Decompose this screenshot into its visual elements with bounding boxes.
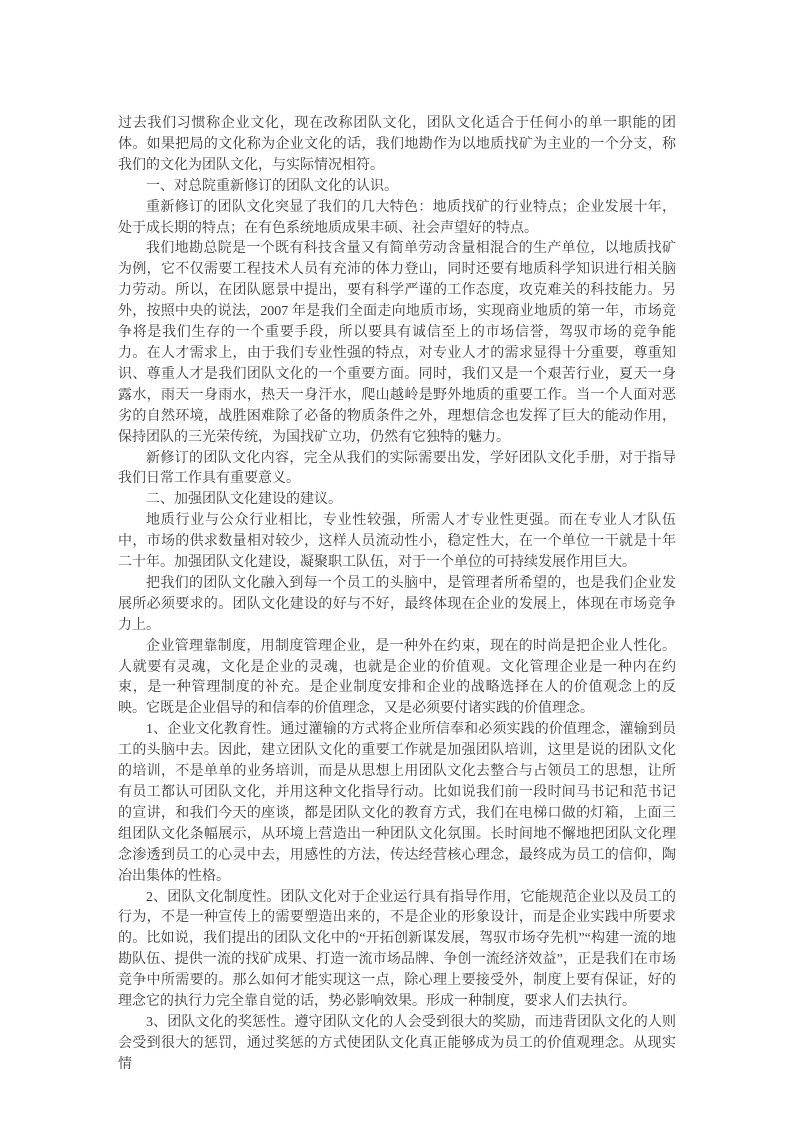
section-heading-2: 二、加强团队文化建设的建议。 <box>118 490 676 511</box>
paragraph: 地质行业与公众行业相比，专业性较强，所需人才专业性更强。而在专业人才队伍中，市场… <box>118 511 676 574</box>
document-page: 过去我们习惯称企业文化，现在改称团队文化，团队文化适合于任何小的单一职能的团体。… <box>0 0 793 1122</box>
paragraph-numbered-2: 2、团队文化制度性。团队文化对于企业运行具有指导作用，它能规范企业以及员工的行为… <box>118 888 676 1013</box>
paragraph-numbered-1: 1、企业文化教育性。通过灌输的方式将企业所信奉和必须实践的价值理念，灌输到员工的… <box>118 720 676 887</box>
document-text-block: 过去我们习惯称企业文化，现在改称团队文化，团队文化适合于任何小的单一职能的团体。… <box>118 114 676 1076</box>
paragraph: 企业管理靠制度，用制度管理企业，是一种外在约束，现在的时尚是把企业人性化。人就要… <box>118 637 676 721</box>
paragraph: 新修订的团队文化内容，完全从我们的实际需要出发，学好团队文化手册，对于指导我们日… <box>118 449 676 491</box>
paragraph-intro: 过去我们习惯称企业文化，现在改称团队文化，团队文化适合于任何小的单一职能的团体。… <box>118 114 676 177</box>
section-heading-1: 一、对总院重新修订的团队文化的认识。 <box>118 177 676 198</box>
paragraph: 我们地勘总院是一个既有科技含量又有简单劳动含量相混合的生产单位，以地质找矿为例，… <box>118 239 676 448</box>
paragraph: 重新修订的团队文化突显了我们的几大特色：地质找矿的行业特点；企业发展十年，处于成… <box>118 198 676 240</box>
paragraph: 把我们的团队文化融入到每一个员工的头脑中，是管理者所希望的，也是我们企业发展所必… <box>118 574 676 637</box>
paragraph-numbered-3: 3、团队文化的奖惩性。遵守团队文化的人会受到很大的奖励，而违背团队文化的人则会受… <box>118 1013 676 1076</box>
